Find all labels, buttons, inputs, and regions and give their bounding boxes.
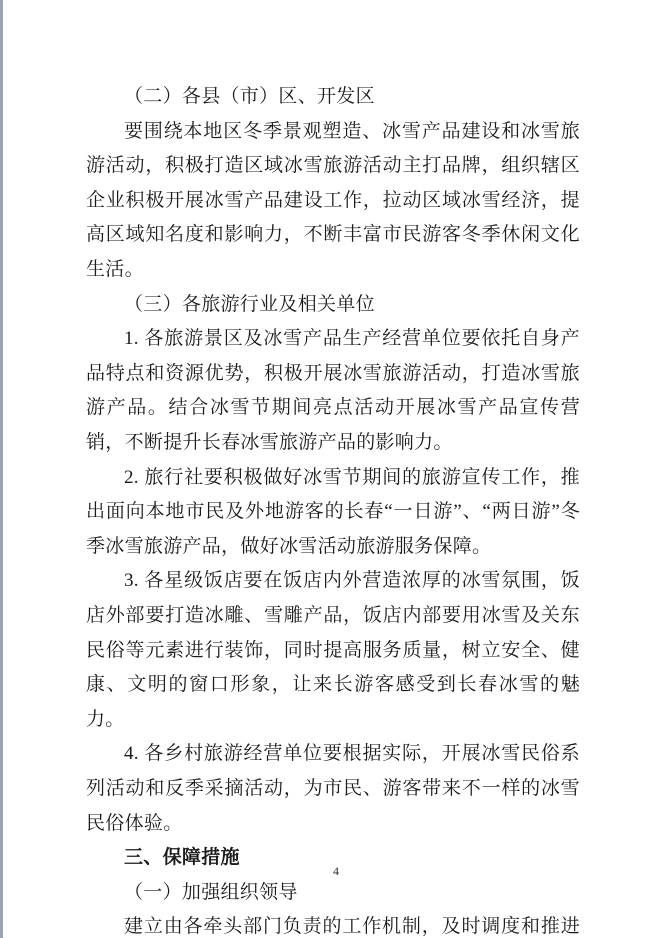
page-number: 4 [0,864,672,878]
section-heading: （一）加强组织领导 [86,876,580,911]
paragraph: 4. 各乡村旅游经营单位要根据实际，开展冰雪民俗系列活动和反季采摘活动，为市民、… [86,737,580,841]
page-left-edge [0,0,3,938]
paragraph: 2. 旅行社要积极做好冰雪节期间的旅游宣传工作，推出面向本地市民及外地游客的长春… [86,461,580,565]
section-heading: （三）各旅游行业及相关单位 [86,288,580,323]
paragraph: 建立由各牵头部门负责的工作机制，及时调度和推进冰雪 [86,910,580,938]
paragraph: 3. 各星级饭店要在饭店内外营造浓厚的冰雪氛围，饭店外部要打造冰雕、雪雕产品，饭… [86,564,580,737]
paragraph: 要围绕本地区冬季景观塑造、冰雪产品建设和冰雪旅游活动，积极打造区域冰雪旅游活动主… [86,115,580,288]
section-heading: （二）各县（市）区、开发区 [86,80,580,115]
document-page: （二）各县（市）区、开发区 要围绕本地区冬季景观塑造、冰雪产品建设和冰雪旅游活动… [0,0,672,938]
document-body: （二）各县（市）区、开发区 要围绕本地区冬季景观塑造、冰雪产品建设和冰雪旅游活动… [86,80,580,938]
paragraph: 1. 各旅游景区及冰雪产品生产经营单位要依托自身产品特点和资源优势，积极开展冰雪… [86,322,580,460]
